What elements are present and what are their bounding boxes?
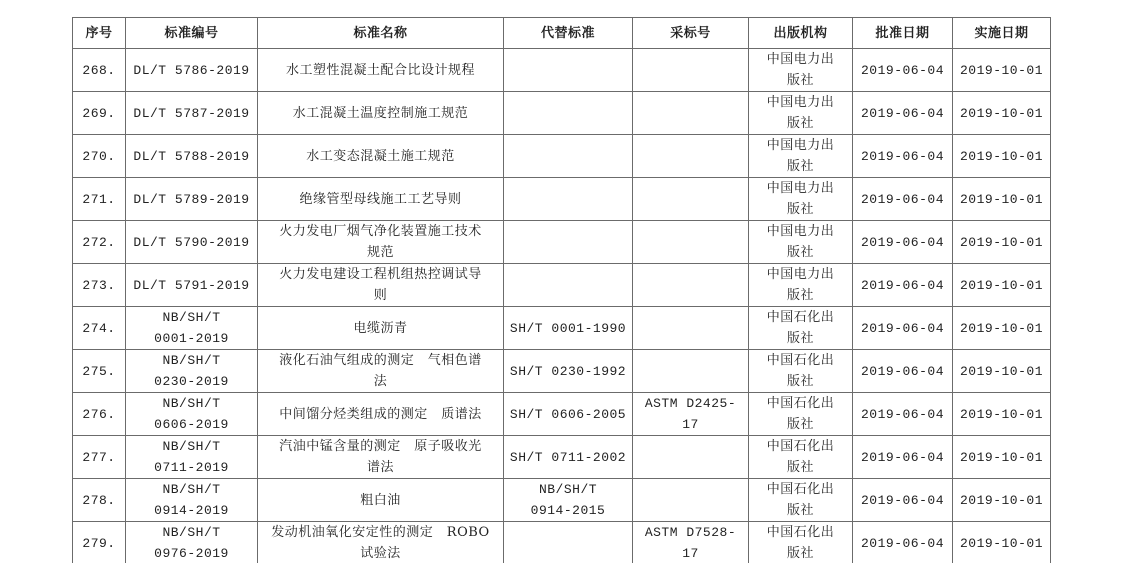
cell-no: 273. — [73, 264, 126, 307]
cell-replaces — [504, 49, 633, 92]
cell-publisher: 中国电力出版社 — [749, 49, 853, 92]
cell-replaces — [504, 264, 633, 307]
cell-name-line: 法 — [262, 371, 499, 392]
cell-adopted-line: ASTM D7528-17 — [637, 522, 744, 563]
cell-effective: 2019-10-01 — [953, 92, 1051, 135]
cell-code-line: 0711-2019 — [130, 457, 253, 478]
cell-effective-line: 2019-10-01 — [957, 60, 1046, 81]
cell-adopted — [633, 221, 749, 264]
cell-code: DL/T 5788-2019 — [126, 135, 258, 178]
cell-adopted — [633, 135, 749, 178]
cell-adopted — [633, 350, 749, 393]
cell-effective-line: 2019-10-01 — [957, 490, 1046, 511]
cell-no-line: 276. — [77, 404, 121, 425]
cell-no-line: 278. — [77, 490, 121, 511]
cell-publisher: 中国石化出版社 — [749, 393, 853, 436]
cell-approved: 2019-06-04 — [853, 436, 953, 479]
cell-publisher-line: 版社 — [753, 500, 848, 521]
cell-replaces-line: SH/T 0606-2005 — [508, 404, 628, 425]
cell-publisher-line: 版社 — [753, 414, 848, 435]
cell-adopted — [633, 307, 749, 350]
cell-name-line: 谱法 — [262, 457, 499, 478]
cell-effective: 2019-10-01 — [953, 350, 1051, 393]
cell-name-line: 则 — [262, 285, 499, 306]
header-no: 序号 — [73, 18, 126, 49]
standards-table: 序号 标准编号 标准名称 代替标准 采标号 出版机构 批准日期 实施日期 268… — [72, 17, 1051, 563]
cell-name: 水工变态混凝土施工规范 — [258, 135, 504, 178]
cell-publisher: 中国电力出版社 — [749, 135, 853, 178]
cell-publisher: 中国石化出版社 — [749, 522, 853, 563]
cell-code-line: DL/T 5786-2019 — [130, 60, 253, 81]
cell-adopted: ASTM D2425-17 — [633, 393, 749, 436]
cell-effective-line: 2019-10-01 — [957, 103, 1046, 124]
cell-code-line: NB/SH/T — [130, 522, 253, 543]
cell-approved: 2019-06-04 — [853, 92, 953, 135]
cell-code-line: DL/T 5787-2019 — [130, 103, 253, 124]
cell-replaces: SH/T 0001-1990 — [504, 307, 633, 350]
cell-replaces — [504, 522, 633, 563]
cell-approved: 2019-06-04 — [853, 264, 953, 307]
cell-publisher-line: 版社 — [753, 70, 848, 91]
cell-name: 中间馏分烃类组成的测定 质谱法 — [258, 393, 504, 436]
cell-code: DL/T 5790-2019 — [126, 221, 258, 264]
cell-effective: 2019-10-01 — [953, 178, 1051, 221]
cell-code-line: NB/SH/T — [130, 393, 253, 414]
header-publisher: 出版机构 — [749, 18, 853, 49]
cell-adopted — [633, 49, 749, 92]
cell-publisher-line: 版社 — [753, 457, 848, 478]
cell-approved: 2019-06-04 — [853, 479, 953, 522]
cell-no-line: 277. — [77, 447, 121, 468]
cell-publisher: 中国石化出版社 — [749, 479, 853, 522]
cell-name: 火力发电建设工程机组热控调试导则 — [258, 264, 504, 307]
table-row: 269.DL/T 5787-2019水工混凝土温度控制施工规范中国电力出版社20… — [73, 92, 1051, 135]
cell-publisher-line: 中国电力出 — [753, 92, 848, 113]
cell-no-line: 279. — [77, 533, 121, 554]
cell-adopted — [633, 479, 749, 522]
cell-code: NB/SH/T0914-2019 — [126, 479, 258, 522]
cell-approved: 2019-06-04 — [853, 522, 953, 563]
cell-code-line: 0976-2019 — [130, 543, 253, 563]
cell-replaces: NB/SH/T0914-2015 — [504, 479, 633, 522]
cell-approved-line: 2019-06-04 — [857, 490, 948, 511]
cell-replaces — [504, 221, 633, 264]
cell-name-line: 火力发电建设工程机组热控调试导 — [262, 264, 499, 285]
cell-name: 汽油中锰含量的测定 原子吸收光谱法 — [258, 436, 504, 479]
cell-publisher-line: 版社 — [753, 543, 848, 563]
cell-name-line: 发动机油氧化安定性的测定 ROBO — [262, 522, 499, 543]
cell-code: DL/T 5786-2019 — [126, 49, 258, 92]
cell-no: 277. — [73, 436, 126, 479]
header-adopted: 采标号 — [633, 18, 749, 49]
cell-code-line: NB/SH/T — [130, 479, 253, 500]
cell-approved-line: 2019-06-04 — [857, 189, 948, 210]
cell-effective: 2019-10-01 — [953, 522, 1051, 563]
cell-name: 发动机油氧化安定性的测定 ROBO试验法 — [258, 522, 504, 563]
cell-approved-line: 2019-06-04 — [857, 318, 948, 339]
cell-publisher-line: 版社 — [753, 328, 848, 349]
cell-no: 268. — [73, 49, 126, 92]
cell-effective: 2019-10-01 — [953, 479, 1051, 522]
cell-code-line: 0606-2019 — [130, 414, 253, 435]
cell-name-line: 绝缘管型母线施工工艺导则 — [262, 189, 499, 210]
cell-publisher: 中国电力出版社 — [749, 221, 853, 264]
cell-code-line: NB/SH/T — [130, 307, 253, 328]
cell-code-line: 0001-2019 — [130, 328, 253, 349]
cell-effective-line: 2019-10-01 — [957, 275, 1046, 296]
cell-approved-line: 2019-06-04 — [857, 447, 948, 468]
cell-publisher: 中国电力出版社 — [749, 264, 853, 307]
cell-effective-line: 2019-10-01 — [957, 533, 1046, 554]
cell-no-line: 269. — [77, 103, 121, 124]
header-effective: 实施日期 — [953, 18, 1051, 49]
cell-no-line: 268. — [77, 60, 121, 81]
cell-adopted-line: ASTM D2425-17 — [637, 393, 744, 435]
cell-adopted — [633, 436, 749, 479]
cell-name-line: 电缆沥青 — [262, 318, 499, 339]
cell-no: 275. — [73, 350, 126, 393]
cell-name-line: 火力发电厂烟气净化装置施工技术 — [262, 221, 499, 242]
header-row: 序号 标准编号 标准名称 代替标准 采标号 出版机构 批准日期 实施日期 — [73, 18, 1051, 49]
cell-name-line: 粗白油 — [262, 490, 499, 511]
cell-no-line: 275. — [77, 361, 121, 382]
cell-publisher-line: 中国电力出 — [753, 221, 848, 242]
table-row: 275.NB/SH/T0230-2019液化石油气组成的测定 气相色谱法SH/T… — [73, 350, 1051, 393]
cell-no-line: 273. — [77, 275, 121, 296]
cell-replaces-line: NB/SH/T — [508, 479, 628, 500]
cell-replaces-line: SH/T 0230-1992 — [508, 361, 628, 382]
cell-publisher-line: 中国石化出 — [753, 436, 848, 457]
header-replaces: 代替标准 — [504, 18, 633, 49]
table-row: 276.NB/SH/T0606-2019中间馏分烃类组成的测定 质谱法SH/T … — [73, 393, 1051, 436]
cell-publisher: 中国石化出版社 — [749, 350, 853, 393]
cell-replaces: SH/T 0230-1992 — [504, 350, 633, 393]
cell-no-line: 272. — [77, 232, 121, 253]
header-code: 标准编号 — [126, 18, 258, 49]
cell-name-line: 试验法 — [262, 543, 499, 563]
header-approved: 批准日期 — [853, 18, 953, 49]
cell-replaces — [504, 92, 633, 135]
cell-publisher-line: 中国石化出 — [753, 350, 848, 371]
table-row: 277.NB/SH/T0711-2019汽油中锰含量的测定 原子吸收光谱法SH/… — [73, 436, 1051, 479]
cell-publisher-line: 中国石化出 — [753, 393, 848, 414]
cell-code-line: 0914-2019 — [130, 500, 253, 521]
cell-adopted — [633, 178, 749, 221]
cell-adopted — [633, 92, 749, 135]
header-name: 标准名称 — [258, 18, 504, 49]
cell-effective-line: 2019-10-01 — [957, 146, 1046, 167]
cell-effective: 2019-10-01 — [953, 307, 1051, 350]
cell-adopted: ASTM D7528-17 — [633, 522, 749, 563]
cell-effective: 2019-10-01 — [953, 221, 1051, 264]
cell-effective: 2019-10-01 — [953, 135, 1051, 178]
cell-name-line: 汽油中锰含量的测定 原子吸收光 — [262, 436, 499, 457]
cell-no: 270. — [73, 135, 126, 178]
cell-publisher-line: 版社 — [753, 199, 848, 220]
cell-no: 276. — [73, 393, 126, 436]
cell-no: 278. — [73, 479, 126, 522]
cell-name: 液化石油气组成的测定 气相色谱法 — [258, 350, 504, 393]
cell-approved-line: 2019-06-04 — [857, 146, 948, 167]
cell-publisher-line: 中国石化出 — [753, 522, 848, 543]
cell-no-line: 270. — [77, 146, 121, 167]
cell-effective: 2019-10-01 — [953, 264, 1051, 307]
table-row: 279.NB/SH/T0976-2019发动机油氧化安定性的测定 ROBO试验法… — [73, 522, 1051, 563]
cell-approved: 2019-06-04 — [853, 393, 953, 436]
cell-publisher: 中国电力出版社 — [749, 92, 853, 135]
cell-effective-line: 2019-10-01 — [957, 404, 1046, 425]
cell-publisher-line: 版社 — [753, 113, 848, 134]
cell-name-line: 水工塑性混凝土配合比设计规程 — [262, 60, 499, 81]
cell-replaces: SH/T 0606-2005 — [504, 393, 633, 436]
cell-approved-line: 2019-06-04 — [857, 275, 948, 296]
cell-effective-line: 2019-10-01 — [957, 232, 1046, 253]
cell-code: NB/SH/T0230-2019 — [126, 350, 258, 393]
cell-code-line: NB/SH/T — [130, 436, 253, 457]
cell-publisher-line: 中国电力出 — [753, 178, 848, 199]
cell-no: 271. — [73, 178, 126, 221]
cell-replaces — [504, 135, 633, 178]
cell-replaces-line: SH/T 0001-1990 — [508, 318, 628, 339]
cell-adopted — [633, 264, 749, 307]
cell-publisher-line: 中国电力出 — [753, 135, 848, 156]
cell-approved: 2019-06-04 — [853, 135, 953, 178]
cell-approved-line: 2019-06-04 — [857, 533, 948, 554]
cell-no-line: 274. — [77, 318, 121, 339]
cell-code-line: DL/T 5791-2019 — [130, 275, 253, 296]
cell-effective-line: 2019-10-01 — [957, 318, 1046, 339]
cell-code-line: 0230-2019 — [130, 371, 253, 392]
cell-approved: 2019-06-04 — [853, 307, 953, 350]
cell-name-line: 中间馏分烃类组成的测定 质谱法 — [262, 404, 499, 425]
cell-publisher: 中国石化出版社 — [749, 307, 853, 350]
cell-code: DL/T 5787-2019 — [126, 92, 258, 135]
cell-no: 274. — [73, 307, 126, 350]
cell-replaces: SH/T 0711-2002 — [504, 436, 633, 479]
cell-effective-line: 2019-10-01 — [957, 361, 1046, 382]
cell-code: DL/T 5789-2019 — [126, 178, 258, 221]
table-row: 278.NB/SH/T0914-2019粗白油NB/SH/T0914-2015中… — [73, 479, 1051, 522]
cell-name: 水工混凝土温度控制施工规范 — [258, 92, 504, 135]
cell-name-line: 水工混凝土温度控制施工规范 — [262, 103, 499, 124]
cell-no-line: 271. — [77, 189, 121, 210]
table-row: 274.NB/SH/T0001-2019电缆沥青SH/T 0001-1990中国… — [73, 307, 1051, 350]
cell-code: NB/SH/T0606-2019 — [126, 393, 258, 436]
cell-approved-line: 2019-06-04 — [857, 361, 948, 382]
cell-name-line: 规范 — [262, 242, 499, 263]
cell-replaces — [504, 178, 633, 221]
cell-name: 绝缘管型母线施工工艺导则 — [258, 178, 504, 221]
cell-publisher-line: 版社 — [753, 285, 848, 306]
cell-effective: 2019-10-01 — [953, 393, 1051, 436]
table-row: 272.DL/T 5790-2019火力发电厂烟气净化装置施工技术规范中国电力出… — [73, 221, 1051, 264]
cell-approved-line: 2019-06-04 — [857, 103, 948, 124]
cell-publisher-line: 中国石化出 — [753, 307, 848, 328]
cell-code: NB/SH/T0976-2019 — [126, 522, 258, 563]
cell-no: 272. — [73, 221, 126, 264]
table-row: 273.DL/T 5791-2019火力发电建设工程机组热控调试导则中国电力出版… — [73, 264, 1051, 307]
cell-name: 电缆沥青 — [258, 307, 504, 350]
cell-code: DL/T 5791-2019 — [126, 264, 258, 307]
cell-publisher-line: 中国电力出 — [753, 264, 848, 285]
cell-publisher-line: 版社 — [753, 156, 848, 177]
cell-name: 水工塑性混凝土配合比设计规程 — [258, 49, 504, 92]
cell-effective-line: 2019-10-01 — [957, 189, 1046, 210]
cell-code-line: DL/T 5788-2019 — [130, 146, 253, 167]
cell-name-line: 液化石油气组成的测定 气相色谱 — [262, 350, 499, 371]
cell-name: 粗白油 — [258, 479, 504, 522]
cell-code: NB/SH/T0711-2019 — [126, 436, 258, 479]
cell-effective: 2019-10-01 — [953, 49, 1051, 92]
cell-name-line: 水工变态混凝土施工规范 — [262, 146, 499, 167]
cell-approved-line: 2019-06-04 — [857, 404, 948, 425]
cell-code-line: DL/T 5789-2019 — [130, 189, 253, 210]
cell-replaces-line: 0914-2015 — [508, 500, 628, 521]
cell-approved: 2019-06-04 — [853, 221, 953, 264]
cell-publisher-line: 中国电力出 — [753, 49, 848, 70]
cell-no: 269. — [73, 92, 126, 135]
cell-publisher-line: 中国石化出 — [753, 479, 848, 500]
table-row: 268.DL/T 5786-2019水工塑性混凝土配合比设计规程中国电力出版社2… — [73, 49, 1051, 92]
cell-effective-line: 2019-10-01 — [957, 447, 1046, 468]
cell-code-line: DL/T 5790-2019 — [130, 232, 253, 253]
cell-publisher: 中国石化出版社 — [749, 436, 853, 479]
cell-approved: 2019-06-04 — [853, 49, 953, 92]
cell-approved: 2019-06-04 — [853, 178, 953, 221]
cell-replaces-line: SH/T 0711-2002 — [508, 447, 628, 468]
cell-publisher-line: 版社 — [753, 242, 848, 263]
table-row: 270.DL/T 5788-2019水工变态混凝土施工规范中国电力出版社2019… — [73, 135, 1051, 178]
cell-publisher: 中国电力出版社 — [749, 178, 853, 221]
cell-name: 火力发电厂烟气净化装置施工技术规范 — [258, 221, 504, 264]
cell-effective: 2019-10-01 — [953, 436, 1051, 479]
cell-code: NB/SH/T0001-2019 — [126, 307, 258, 350]
cell-publisher-line: 版社 — [753, 371, 848, 392]
cell-no: 279. — [73, 522, 126, 563]
cell-approved: 2019-06-04 — [853, 350, 953, 393]
cell-approved-line: 2019-06-04 — [857, 60, 948, 81]
table-row: 271.DL/T 5789-2019绝缘管型母线施工工艺导则中国电力出版社201… — [73, 178, 1051, 221]
cell-code-line: NB/SH/T — [130, 350, 253, 371]
cell-approved-line: 2019-06-04 — [857, 232, 948, 253]
